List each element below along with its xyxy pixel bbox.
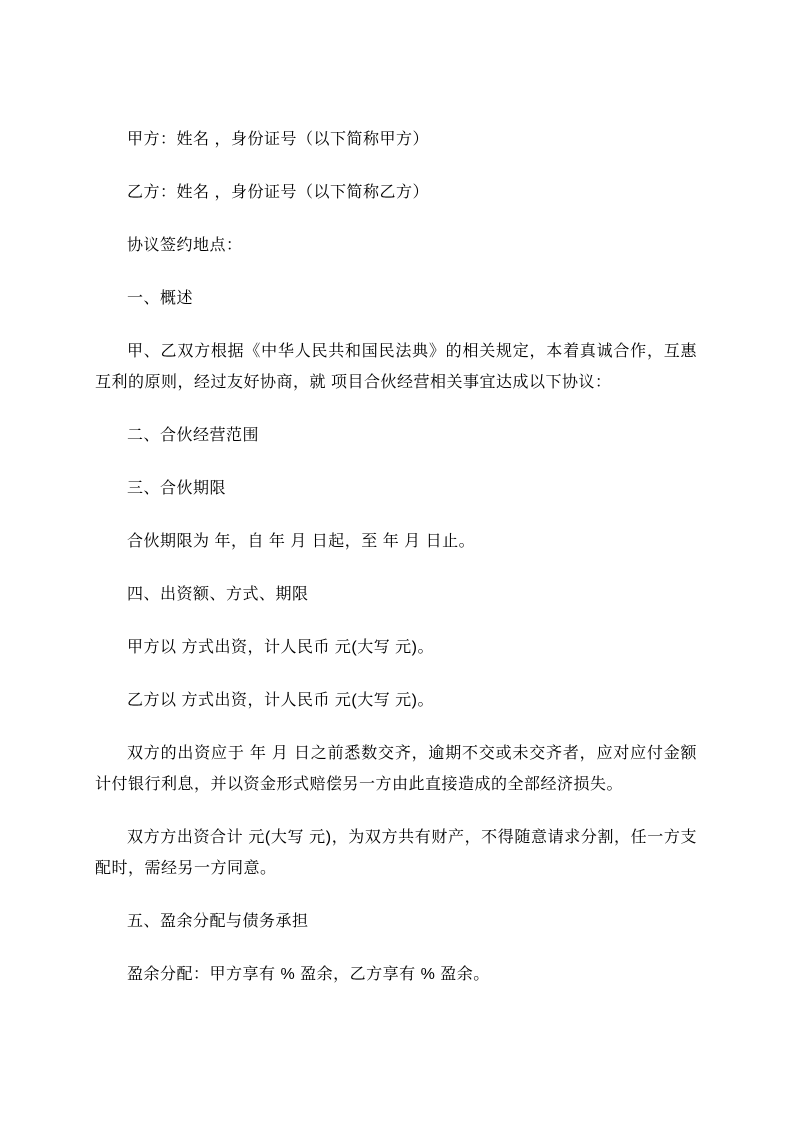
section-1-body-paragraph: 甲、乙双方根据《中华人民共和国民法典》的相关规定，本着真诚合作，互惠互利的原则，… — [95, 336, 697, 398]
section-1-heading: 一、概述 — [95, 283, 697, 314]
contribution-deadline-paragraph: 双方的出资应于 年 月 日之前悉数交齐，逾期不交或未交齐者，应对应付金额计付银行… — [95, 738, 697, 800]
section-3-heading: 三、合伙期限 — [95, 473, 697, 504]
party-b-line: 乙方：姓名 ，身份证号（以下简称乙方） — [95, 177, 697, 208]
party-a-contribution-line: 甲方以 方式出资，计人民币 元(大写 元)。 — [95, 632, 697, 663]
joint-property-paragraph: 双方方出资合计 元(大写 元)，为双方共有财产，不得随意请求分割，任一方支配时，… — [95, 822, 697, 884]
section-2-heading: 二、合伙经营范围 — [95, 420, 697, 451]
party-b-contribution-line: 乙方以 方式出资，计人民币 元(大写 元)。 — [95, 685, 697, 716]
signing-location-line: 协议签约地点： — [95, 230, 697, 261]
section-4-heading: 四、出资额、方式、期限 — [95, 579, 697, 610]
partnership-term-line: 合伙期限为 年，自 年 月 日起，至 年 月 日止。 — [95, 526, 697, 557]
surplus-distribution-line: 盈余分配：甲方享有 % 盈余，乙方享有 % 盈余。 — [95, 959, 697, 990]
section-5-heading: 五、盈余分配与债务承担 — [95, 906, 697, 937]
party-a-line: 甲方：姓名 ，身份证号（以下简称甲方） — [95, 124, 697, 155]
document-page: 甲方：姓名 ，身份证号（以下简称甲方） 乙方：姓名 ，身份证号（以下简称乙方） … — [0, 0, 793, 1122]
